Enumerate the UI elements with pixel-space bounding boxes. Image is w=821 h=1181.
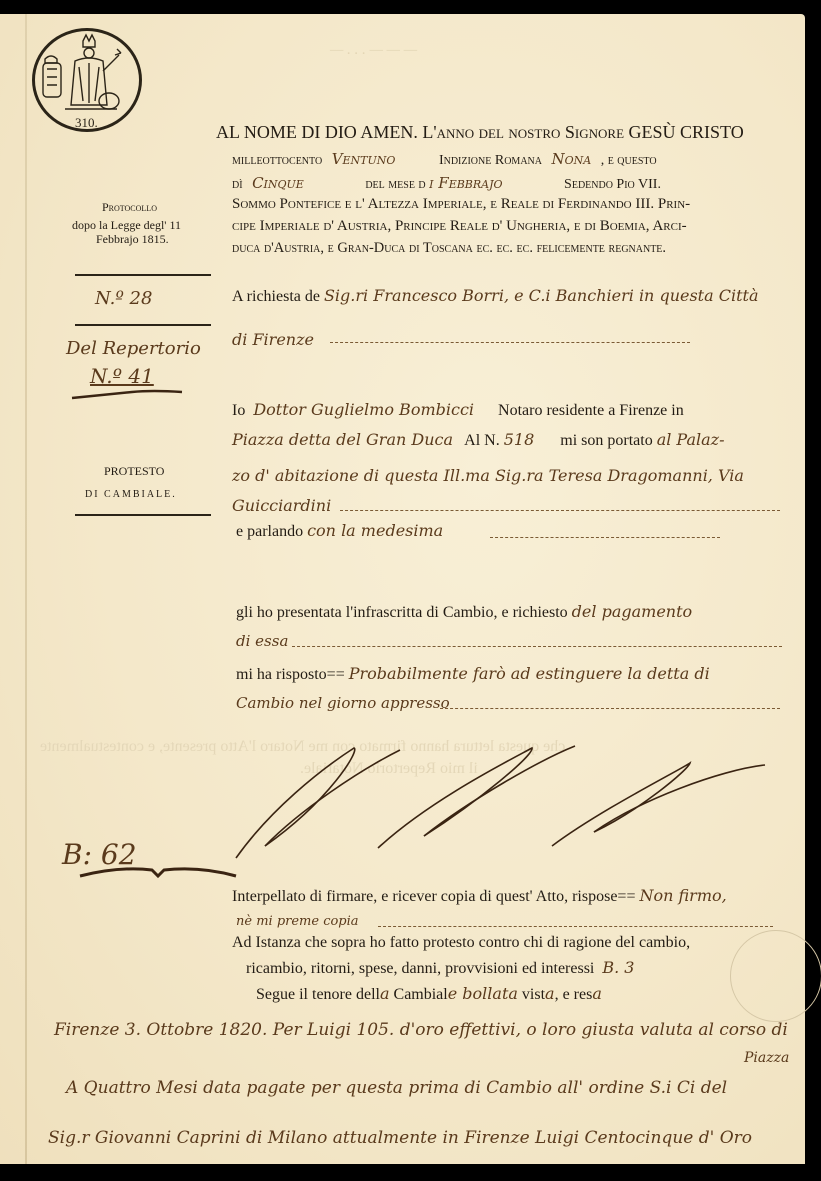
segue-text: vist — [522, 986, 545, 1003]
istanza-line-2: ricambio, ritorni, spese, danni, provvis… — [246, 958, 634, 978]
segue-hand: e bollata — [448, 984, 518, 1003]
interpellation-handwritten: Non firmo, — [639, 886, 726, 905]
segue-text: Cambial — [394, 986, 448, 1003]
istanza-text: ricambio, ritorni, spese, danni, provvis… — [246, 960, 594, 977]
interpellation-line: Interpellato di firmare, e ricever copia… — [232, 886, 727, 906]
bill-line-3: Sig.r Giovanni Caprini di Milano attualm… — [48, 1128, 752, 1148]
segue-text: Segue il tenore dell — [256, 986, 380, 1003]
istanza-handwritten: B. 3 — [598, 958, 634, 977]
interpellation-handwritten-2: nè mi preme copia — [236, 914, 359, 929]
bill-piazza: Piazza — [744, 1050, 789, 1066]
bill-intro-line: Segue il tenore della Cambiale bollata v… — [256, 984, 602, 1004]
segue-text: , e res — [555, 986, 593, 1003]
segue-hand: a — [592, 984, 602, 1003]
bill-line-2: A Quattro Mesi data pagate per questa pr… — [66, 1078, 727, 1098]
faint-stamp-icon — [730, 930, 821, 1022]
istanza-line-1: Ad Istanza che sopra ho fatto protesto c… — [232, 934, 690, 952]
interpellation-label: Interpellato di firmare, e ricever copia… — [232, 888, 635, 905]
segue-hand: a — [380, 984, 390, 1003]
fill-line — [378, 926, 773, 928]
bill-line-1: Firenze 3. Ottobre 1820. Per Luigi 105. … — [54, 1020, 788, 1040]
segue-hand: a — [545, 984, 555, 1003]
